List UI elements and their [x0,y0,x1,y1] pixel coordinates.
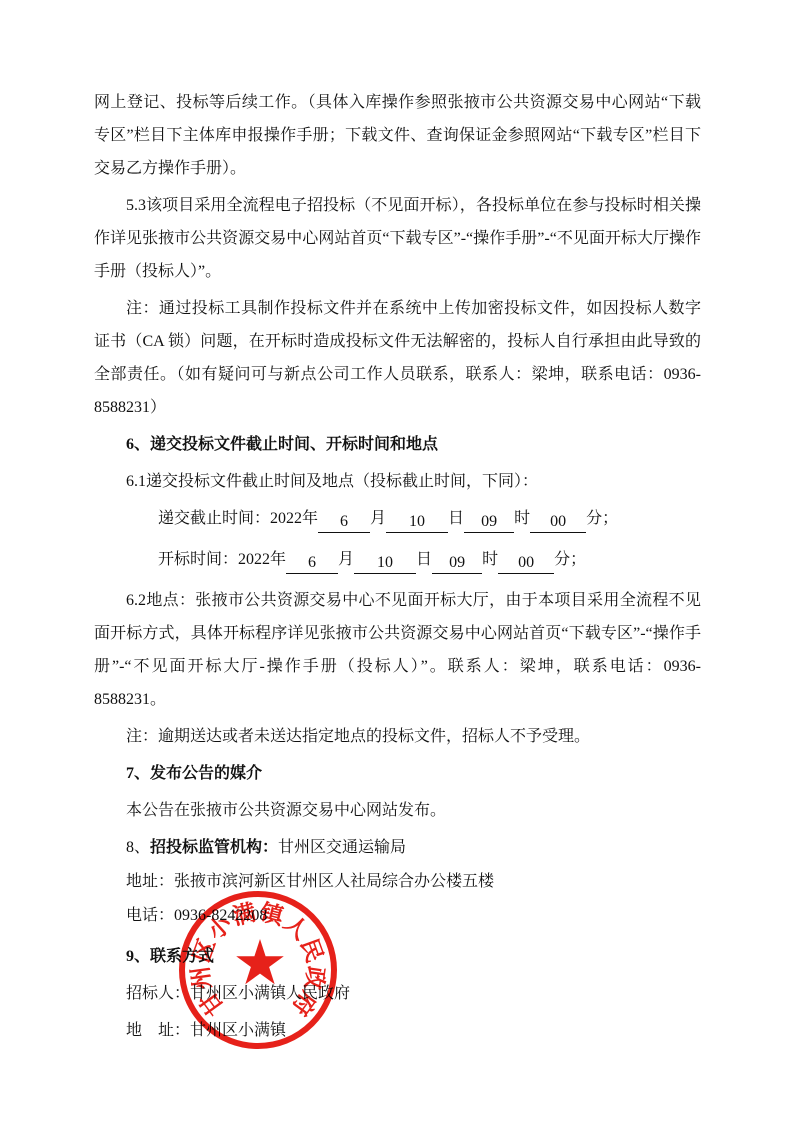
opening-minute-unit: 分； [554,551,586,568]
document-page: 网上登记、投标等后续工作。（具体入库操作参照张掖市公共资源交易中心网站“下载专区… [0,0,793,1123]
opening-day-field: 10 [354,553,416,574]
seal-char: 民 [296,935,327,965]
seal-char: 政 [300,965,328,991]
opening-time-line: 开标时间：2022年6月10日09时00分； [94,543,701,576]
section-8-number: 8、 [126,839,150,856]
paragraph-note-late: 注：逾期送达或者未送达指定地点的投标文件，招标人不予受理。 [94,720,701,753]
deadline-label: 递交截止时间： [158,510,270,527]
paragraph-5-3: 5.3该项目采用全流程电子招投标（不见面开标），各投标单位在参与投标时相关操作详… [94,189,701,288]
deadline-hour-unit: 时 [514,510,530,527]
section-8-value: 甘州区交通运输局 [278,839,406,856]
deadline-day-field: 10 [386,512,448,533]
paragraph-note-ca: 注：通过投标工具制作投标文件并在系统中上传加密投标文件，如因投标人数字证书（CA… [94,292,701,424]
paragraph-7-body: 本公告在张掖市公共资源交易中心网站发布。 [94,794,701,827]
paragraph-6-1: 6.1递交投标文件截止时间及地点（投标截止时间，下同）： [94,465,701,498]
heading-section-7: 7、发布公告的媒介 [94,757,701,790]
official-seal: 甘 州 区 小 满 镇 人 民 政 府 [172,884,344,1056]
heading-section-6: 6、递交投标文件截止时间、开标时间和地点 [94,428,701,461]
deadline-month-field: 6 [318,512,370,533]
deadline-month-unit: 月 [370,510,386,527]
opening-month-unit: 月 [338,551,354,568]
section-8-line: 8、招投标监管机构：甘州区交通运输局 [94,831,701,864]
seal-char: 州 [188,965,216,991]
seal-char: 满 [230,900,258,930]
deadline-line: 递交截止时间：2022年6月10日09时00分； [94,502,701,535]
opening-year: 2022年 [238,551,286,568]
opening-hour-unit: 时 [482,551,498,568]
opening-month-field: 6 [286,553,338,574]
paragraph-6-2: 6.2地点：张掖市公共资源交易中心不见面开标大厅，由于本项目采用全流程不见面开标… [94,584,701,716]
deadline-minute-unit: 分； [586,510,618,527]
opening-label: 开标时间： [158,551,238,568]
opening-hour-field: 09 [432,553,482,574]
deadline-year: 2022年 [270,510,318,527]
paragraph-continuation: 网上登记、投标等后续工作。（具体入库操作参照张掖市公共资源交易中心网站“下载专区… [94,86,701,185]
deadline-day-unit: 日 [448,510,464,527]
opening-minute-field: 00 [498,553,554,574]
deadline-hour-field: 09 [464,512,514,533]
star-icon [236,939,284,984]
section-8-label: 招投标监管机构： [150,839,278,856]
opening-day-unit: 日 [416,551,432,568]
deadline-minute-field: 00 [530,512,586,533]
